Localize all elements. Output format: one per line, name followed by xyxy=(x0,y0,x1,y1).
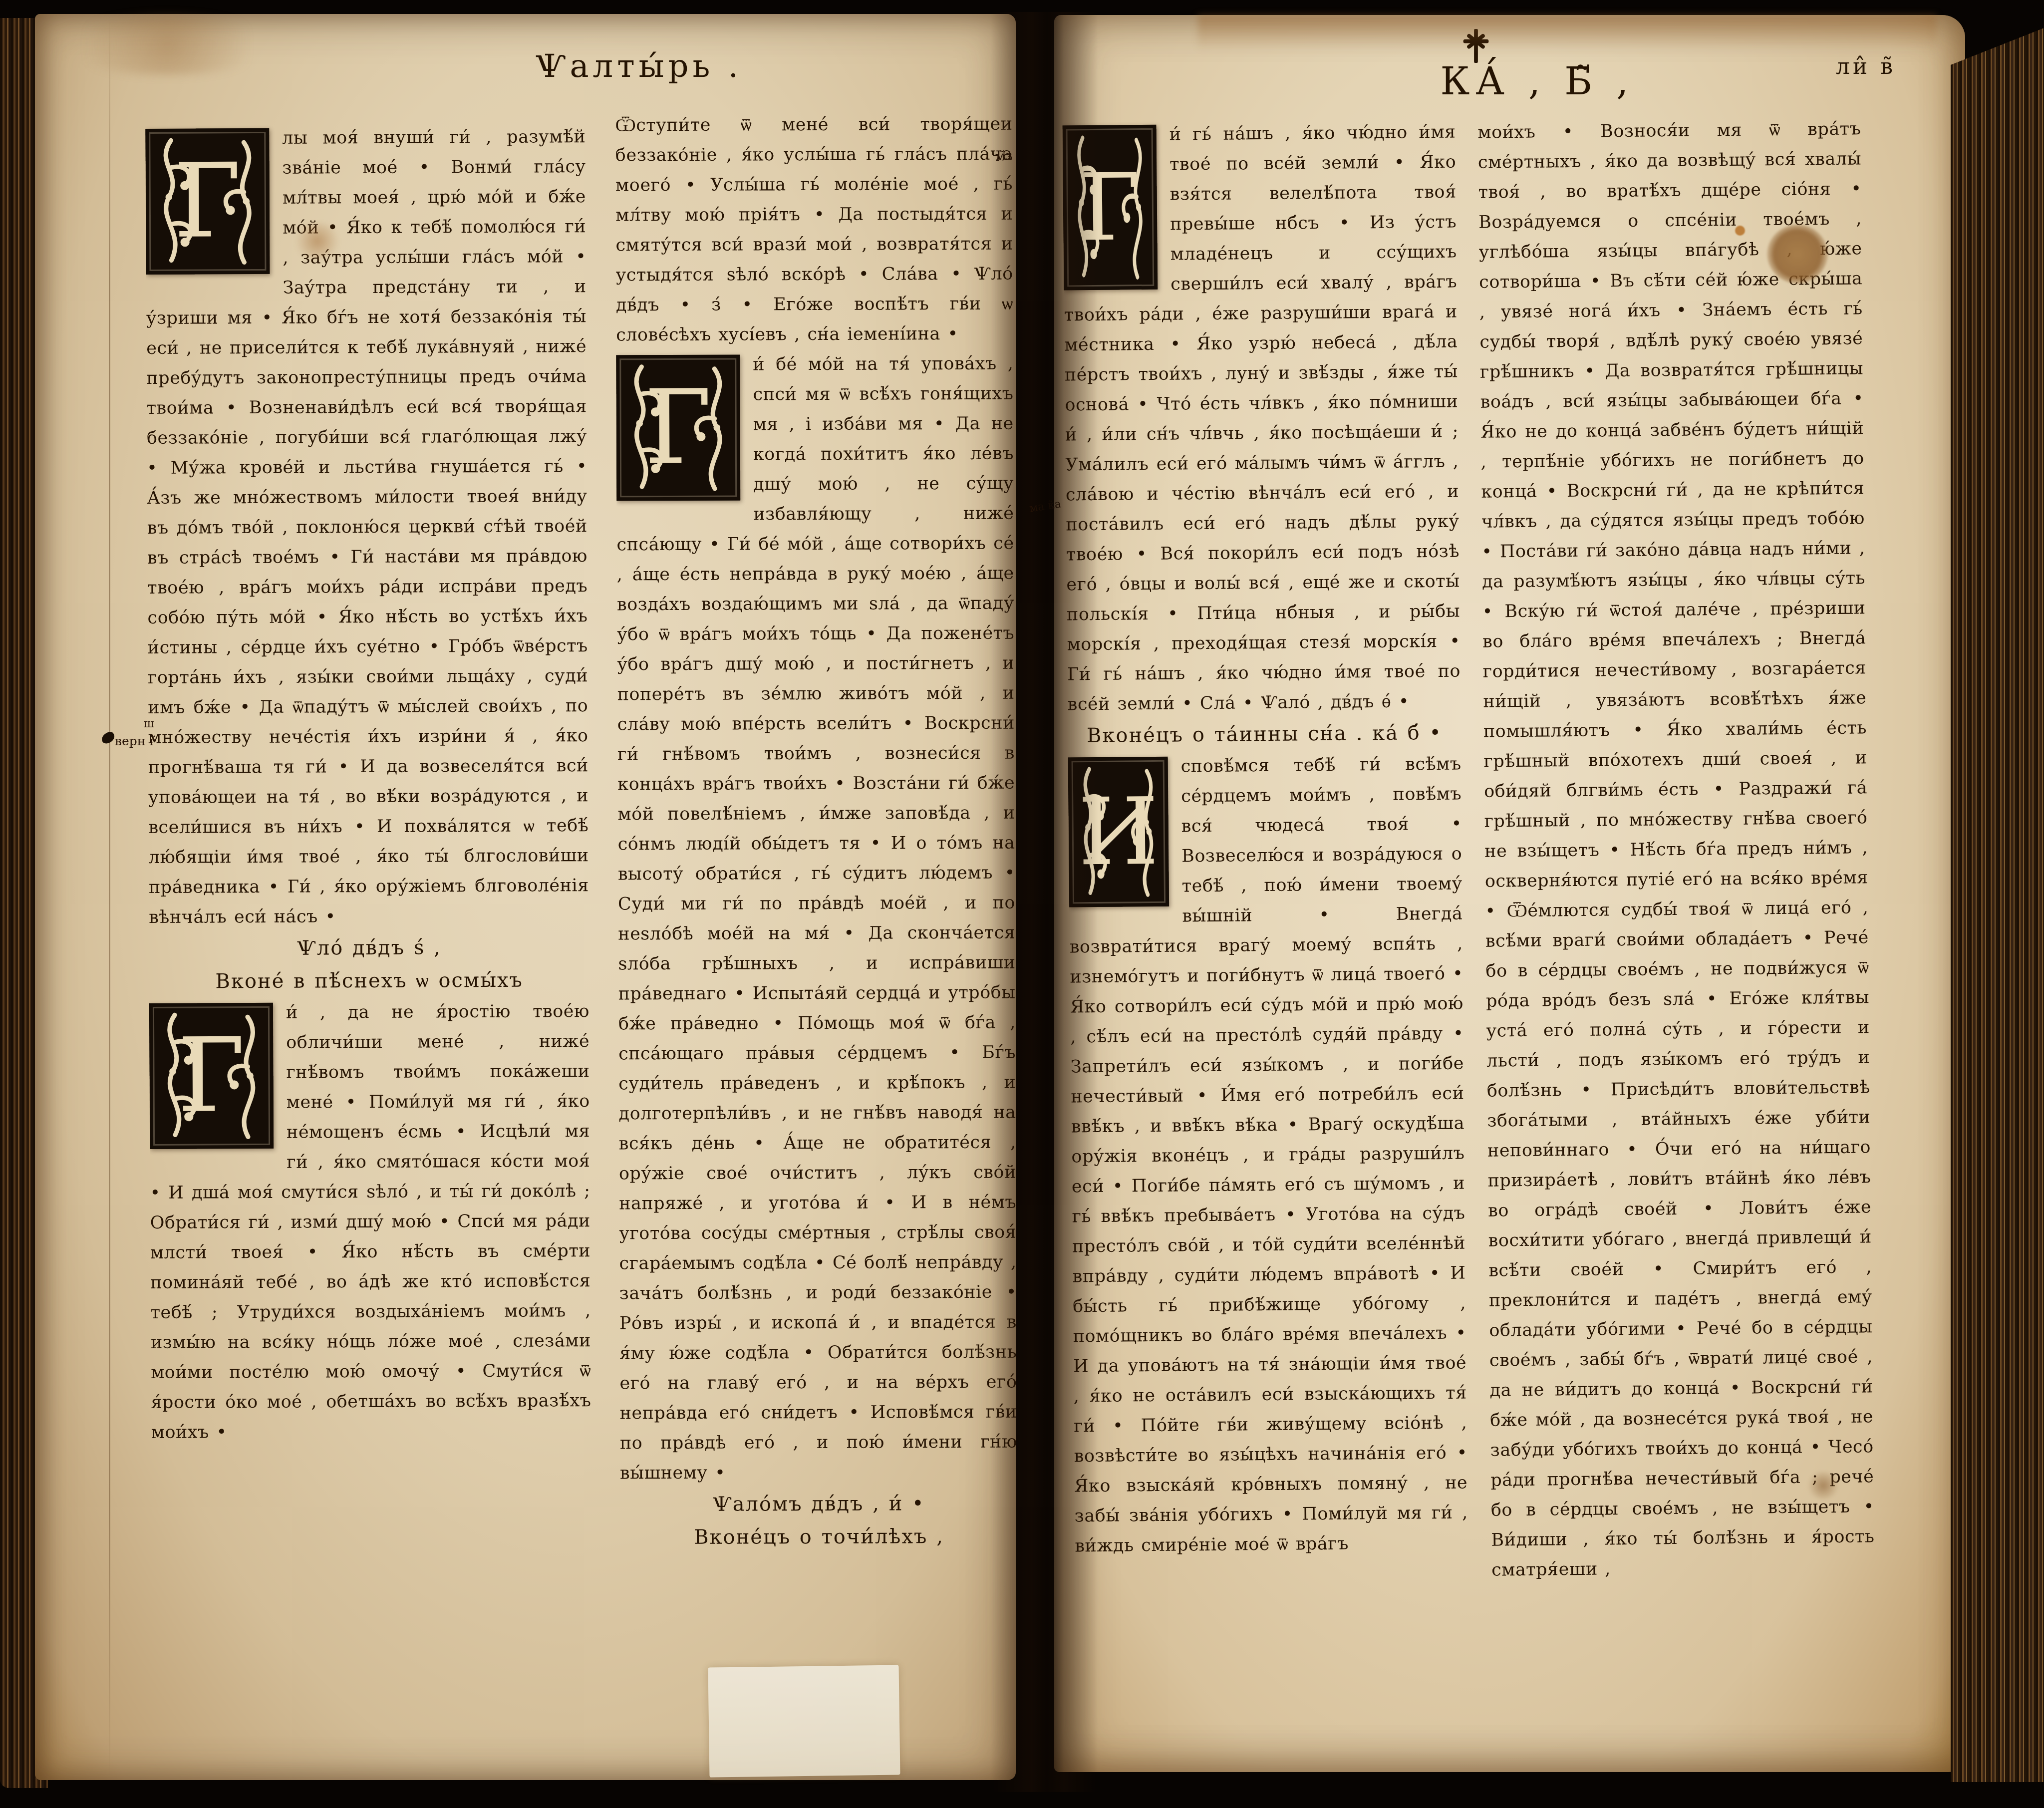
text-column-4: мои́хъ • Вознося́и мя ѿ вра́тъ сме́ртных… xyxy=(1477,114,1876,1669)
psalm-text: мои́хъ • Вознося́и мя ѿ вра́тъ сме́ртных… xyxy=(1477,114,1875,1585)
initial-letter: Г xyxy=(1062,125,1158,291)
ornate-initial-Г: Г xyxy=(145,128,270,275)
margin-note: ш xyxy=(144,718,154,730)
psalm-heading: Ѱало́мъ дв́дъ , и́ • xyxy=(620,1487,1017,1521)
initial-letter: Г xyxy=(616,355,740,501)
psalm-text: Ги́ бе́ мо́й на тя́ упова́хъ , спси́ мя … xyxy=(616,349,1017,1489)
ornate-initial-Г: Г xyxy=(1062,125,1158,291)
psalm-text: Глы моя́ внуши́ ги́ , разумѣ́й зва́ніе м… xyxy=(145,122,589,932)
psalm-text: Исповѣ́мся тебѣ́ ги́ всѣ́мъ се́рдцемъ мо… xyxy=(1068,749,1468,1561)
psalm-text: Ги́ , да не я́ростію твое́ю обличи́ши ме… xyxy=(149,996,591,1448)
initial-letter: Г xyxy=(145,128,270,275)
running-head-psalter: Ѱалты́рь . xyxy=(489,48,789,85)
ornate-initial-Г: Г xyxy=(616,355,740,501)
folio-number: ли̂ в̃ xyxy=(1836,54,1896,79)
psalm-heading: Вконе́цъ о точи́лѣхъ , xyxy=(620,1520,1017,1554)
psalm-heading: Ѱло́ дв́дъ ѕ́ , xyxy=(149,930,589,965)
psalm-heading: Вконе́цъ о та́инны сн́а . ка́ б́ • xyxy=(1068,716,1461,753)
fore-edge-page-stack xyxy=(1951,20,2044,1782)
margin-note: м̃з xyxy=(995,148,1013,165)
text-column-1: Глы моя́ внуши́ ги́ , разумѣ́й зва́ніе м… xyxy=(145,122,592,1684)
initial-letter: И xyxy=(1068,757,1169,907)
kathisma-cross-icon xyxy=(1460,29,1492,63)
text-column-2: Ѿступи́те ѿ мене́ вси́ творя́щеи беззако… xyxy=(615,109,1018,1678)
psalm-heading: Вконе́ в пѣ́снехъ ѡ осмы́хъ xyxy=(149,963,589,998)
psalm-text: Ѿступи́те ѿ мене́ вси́ творя́щеи беззако… xyxy=(615,109,1014,350)
running-head-kathisma: КА́ , Б̃ , xyxy=(1398,59,1677,103)
text-column-3: Ги́ гь́ на́шъ , я́ко чю́дно и́мя твое́ п… xyxy=(1062,117,1469,1682)
ornate-initial-И: И xyxy=(1068,757,1169,907)
psalm-text: Ги́ гь́ на́шъ , я́ко чю́дно и́мя твое́ п… xyxy=(1062,117,1460,720)
initial-letter: Г xyxy=(149,1003,274,1149)
margin-note: верн г̃ xyxy=(115,734,156,748)
ornate-initial-Г: Г xyxy=(149,1003,274,1149)
